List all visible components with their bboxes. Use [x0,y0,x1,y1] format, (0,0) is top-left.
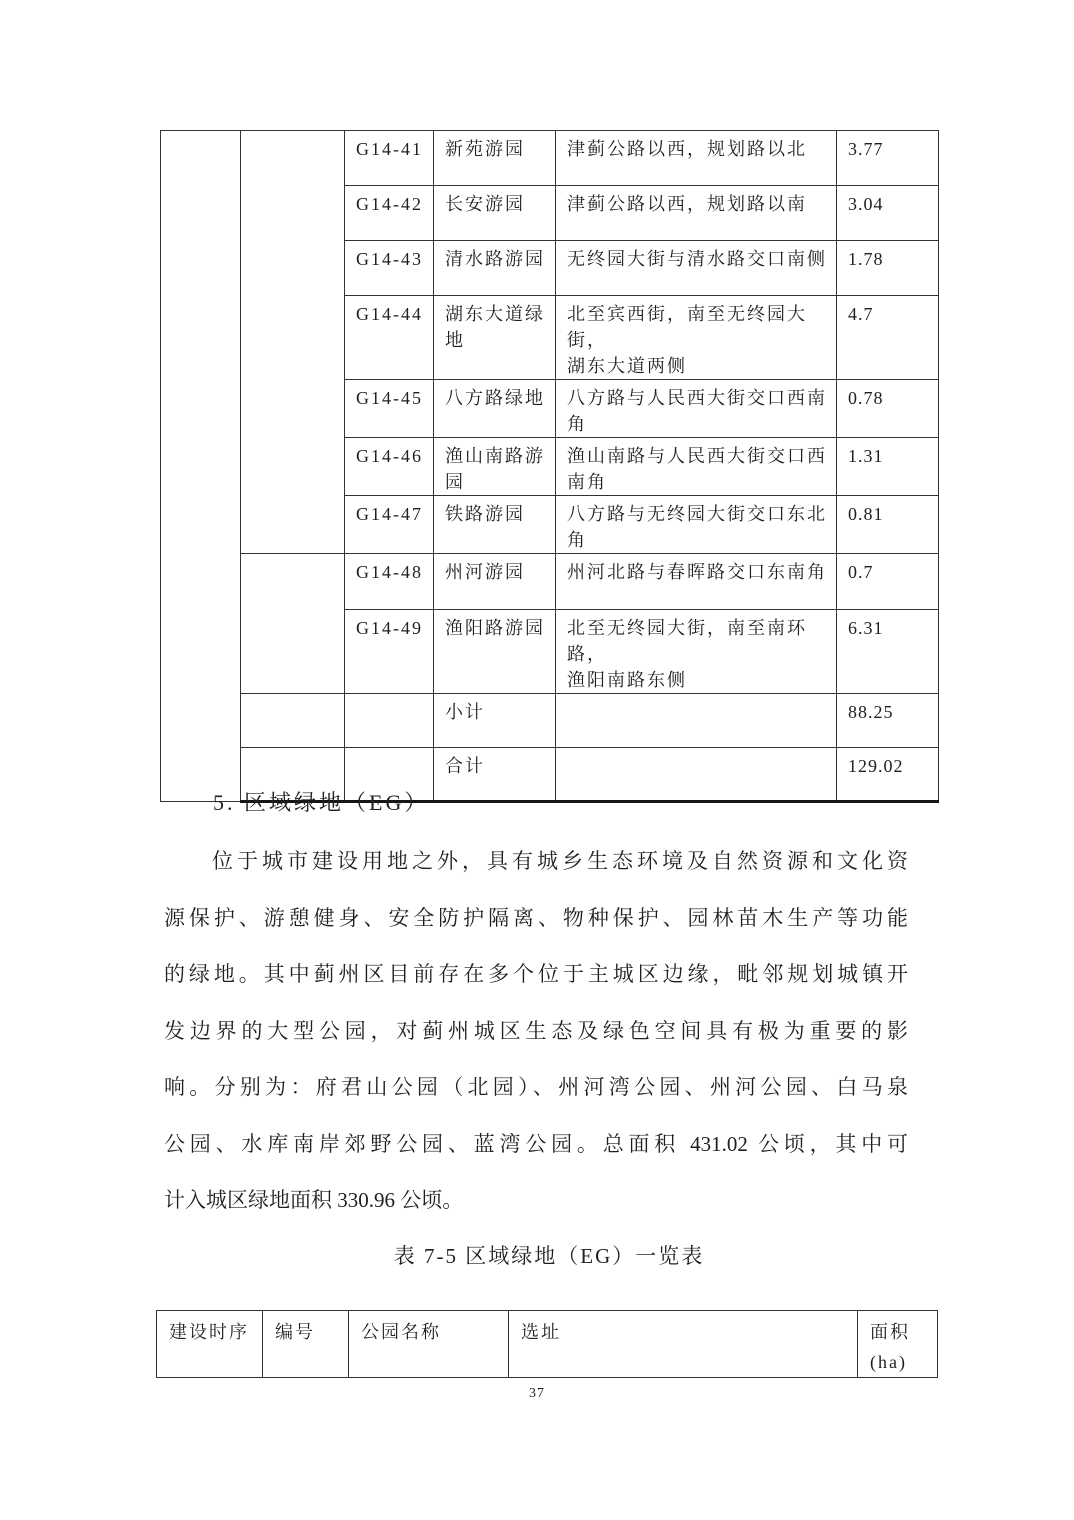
section-heading: 5. 区域绿地（EG） [213,786,429,817]
cell-code: G14-44 [345,296,434,380]
paragraph-line: 位于城市建设用地之外，具有城乡生态环境及自然资源和文化资 [164,847,908,904]
subtotal-value: 88.25 [837,694,939,748]
header-schedule: 建设时序 [157,1311,263,1378]
cell-location: 渔山南路与人民西大街交口西 南角 [556,438,837,496]
cell-code: G14-46 [345,438,434,496]
cell-name: 州河游园 [434,554,556,610]
cell-empty [556,748,837,802]
body-paragraph: 位于城市建设用地之外，具有城乡生态环境及自然资源和文化资 源保护、游憩健身、安全… [164,847,908,1243]
document-page: G14-41 新苑游园 津蓟公路以西，规划路以北 3.77 G14-42 长安游… [0,0,1074,1520]
table-caption: 表 7-5 区域绿地（EG）一览表 [160,1240,938,1270]
paragraph-line: 的绿地。其中蓟州区目前存在多个位于主城区边缘，毗邻规划城镇开 [164,960,908,1017]
cell-area: 3.04 [837,186,939,241]
cell-location: 无终园大街与清水路交口南侧 [556,241,837,296]
cell-location: 北至无终园大街，南至南环路， 渔阳南路东侧 [556,610,837,694]
total-label: 合计 [434,748,556,802]
paragraph-line: 响。分别为：府君山公园（北园）、州河湾公园、州河公园、白马泉 [164,1073,908,1130]
paragraph-line-text: 位于城市建设用地之外，具有城乡生态环境及自然资源和文化资 [208,849,908,873]
cell-location: 津蓟公路以西，规划路以北 [556,131,837,186]
paragraph-line: 发边界的大型公园，对蓟州城区生态及绿色空间具有极为重要的影 [164,1017,908,1074]
subtotal-label: 小计 [434,694,556,748]
cell-location: 八方路与无终园大街交口东北 角 [556,496,837,554]
cell-code: G14-49 [345,610,434,694]
cell-area: 1.31 [837,438,939,496]
cell-name: 八方路绿地 [434,380,556,438]
cell-code: G14-48 [345,554,434,610]
cell-area: 6.31 [837,610,939,694]
header-code: 编号 [263,1311,349,1378]
cell-code: G14-47 [345,496,434,554]
cell-area: 0.7 [837,554,939,610]
cell-area: 0.78 [837,380,939,438]
cell-name: 铁路游园 [434,496,556,554]
cell-code: G14-43 [345,241,434,296]
cell-area: 0.81 [837,496,939,554]
page-number: 37 [0,1386,1074,1402]
cell-area: 4.7 [837,296,939,380]
cell-name: 新苑游园 [434,131,556,186]
cell-category-merged-2 [241,554,345,694]
cell-location: 北至宾西街，南至无终园大街， 湖东大道两侧 [556,296,837,380]
cell-location: 八方路与人民西大街交口西南 角 [556,380,837,438]
first-line-indent [164,867,208,868]
cell-area: 3.77 [837,131,939,186]
cell-code: G14-42 [345,186,434,241]
green-space-table: G14-41 新苑游园 津蓟公路以西，规划路以北 3.77 G14-42 长安游… [160,130,939,803]
cell-phase-merged [161,131,241,802]
header-park-name: 公园名称 [349,1311,509,1378]
cell-area: 1.78 [837,241,939,296]
table-header-row: 建设时序 编号 公园名称 选址 面积 (ha) [157,1311,938,1378]
cell-name: 湖东大道绿 地 [434,296,556,380]
cell-name: 清水路游园 [434,241,556,296]
total-value: 129.02 [837,748,939,802]
cell-empty [241,694,345,748]
table-row-g14-48: G14-48 州河游园 州河北路与春晖路交口东南角 0.7 [161,554,939,610]
cell-location: 州河北路与春晖路交口东南角 [556,554,837,610]
cell-code: G14-45 [345,380,434,438]
cell-name: 渔山南路游 园 [434,438,556,496]
cell-code: G14-41 [345,131,434,186]
cell-empty [556,694,837,748]
table-row-subtotal: 小计 88.25 [161,694,939,748]
paragraph-line: 计入城区绿地面积 330.96 公顷。 [164,1186,908,1243]
header-area: 面积 (ha) [858,1311,938,1378]
header-site: 选址 [509,1311,858,1378]
paragraph-line: 公园、水库南岸郊野公园、蓝湾公园。总面积 431.02 公顷，其中可 [164,1130,908,1187]
cell-location: 津蓟公路以西，规划路以南 [556,186,837,241]
cell-empty [345,694,434,748]
regional-green-space-table: 建设时序 编号 公园名称 选址 面积 (ha) [156,1310,938,1378]
table-row-g14-41: G14-41 新苑游园 津蓟公路以西，规划路以北 3.77 [161,131,939,186]
cell-name: 渔阳路游园 [434,610,556,694]
paragraph-line: 源保护、游憩健身、安全防护隔离、物种保护、园林苗木生产等功能 [164,904,908,961]
cell-category-merged-1 [241,131,345,554]
cell-name: 长安游园 [434,186,556,241]
